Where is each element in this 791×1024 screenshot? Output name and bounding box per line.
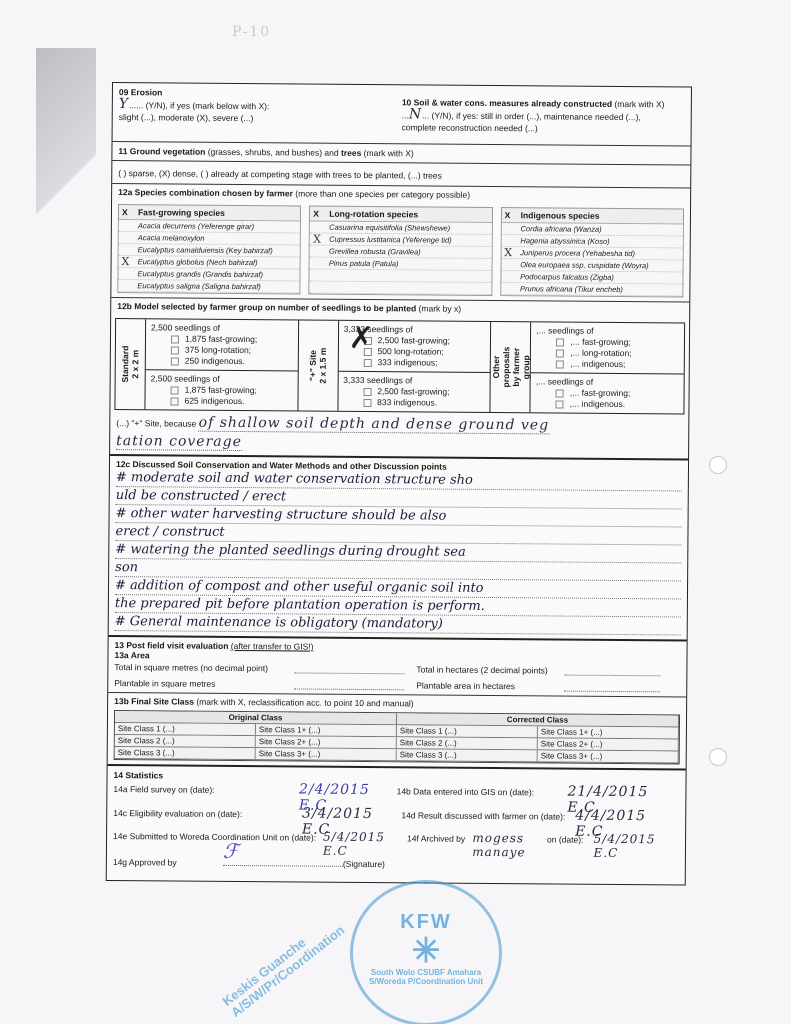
erosion-prompt: (Y/N), if yes (mark below with X): xyxy=(146,100,270,111)
species-mark[interactable] xyxy=(313,270,329,281)
swc-answer[interactable]: N xyxy=(409,106,422,122)
species-mark[interactable] xyxy=(313,258,329,269)
checkbox-icon[interactable] xyxy=(171,357,179,365)
species-note: (more than one species per category poss… xyxy=(295,188,470,199)
species-mark[interactable] xyxy=(313,282,329,293)
kfw-logo-text: KFW xyxy=(353,911,499,934)
checkbox-icon[interactable] xyxy=(556,400,564,408)
species-option[interactable]: Prunus africana (Tikur encheb) xyxy=(501,283,682,296)
checkbox-icon[interactable] xyxy=(171,386,179,394)
eligibility-label: 14c Eligibility evaluation on (date): xyxy=(113,808,302,819)
checkbox-icon[interactable] xyxy=(363,359,371,367)
checkbox-icon[interactable] xyxy=(363,399,371,407)
original-class-option[interactable]: Site Class 2+ (...) xyxy=(256,736,397,749)
corrected-class-option[interactable]: Site Class 1+ (...) xyxy=(538,726,679,739)
field-survey-label: 14a Field survey on (date): xyxy=(113,784,299,795)
approved-by-label: 14g Approved by xyxy=(113,857,223,868)
species-name: Eucalyptus saligna (Saligna bahirzaf) xyxy=(137,280,260,292)
model-option-other-b[interactable]: ,... seedlings of,... fast-growing;,... … xyxy=(531,373,684,413)
swc-prompt: (Y/N), if yes: still in order (...), mai… xyxy=(432,111,641,123)
ghost-mark: P-10 xyxy=(232,24,271,40)
species-name: Pinus patula (Patula) xyxy=(329,258,399,270)
species-mark[interactable]: X xyxy=(313,234,329,245)
discussion-lines[interactable]: # moderate soil and water conservation s… xyxy=(115,469,682,635)
species-name: Acacia melanoxylon xyxy=(138,232,205,244)
because-text-2: tation coverage xyxy=(116,433,242,451)
gis-entry-label: 14b Data entered into GIS on (date): xyxy=(397,786,568,797)
vegetation-trees: trees xyxy=(341,148,361,158)
corrected-class-option[interactable]: Site Class 2 (...) xyxy=(397,737,538,750)
species-name: Cupressus lustitanica (Yeferenge tid) xyxy=(329,234,452,246)
model-option-standard-b[interactable]: 2,500 seedlings of1,875 fast-growing;625… xyxy=(145,370,298,410)
archived-by-name[interactable]: mogess manaye xyxy=(472,831,547,860)
checkbox-icon[interactable] xyxy=(556,349,564,357)
corrected-class-option[interactable]: Site Class 3+ (...) xyxy=(538,750,679,763)
species-name: Cordia africana (Wanza) xyxy=(520,223,601,235)
species-name: Prunus africana (Tikur encheb) xyxy=(520,283,623,295)
discussion-line[interactable]: # General maintenance is obligatory (man… xyxy=(115,613,681,635)
species-column: XFast-growing speciesAcacia decurrens (Y… xyxy=(117,204,301,294)
discussion-section: 12c Discussed Soil Conservation and Wate… xyxy=(109,456,688,642)
signature-label: (Signature) xyxy=(343,859,385,869)
site-class-title: 13b Final Site Class xyxy=(114,696,194,707)
model-grid: Standard2 x 2 m 2,500 seedlings of1,875 … xyxy=(114,318,685,414)
model-title: 12b Model selected by farmer group on nu… xyxy=(117,301,416,313)
original-class-option[interactable]: Site Class 1 (...) xyxy=(115,723,256,736)
original-class-option[interactable]: Site Class 1+ (...) xyxy=(256,724,397,737)
checkbox-icon[interactable] xyxy=(556,338,564,346)
species-option[interactable]: Eucalyptus saligna (Saligna bahirzaf) xyxy=(118,280,299,293)
model-option-plus-b[interactable]: 3,333 seedlings of2,500 fast-growing;833… xyxy=(338,372,491,412)
swc-title: 10 Soil & water cons. measures already c… xyxy=(402,97,612,109)
species-option[interactable] xyxy=(310,282,491,295)
model-option-standard-a[interactable]: 2,500 seedlings of1,875 fast-growing;375… xyxy=(146,319,299,371)
vegetation-note: (grasses, shrubs, and bushes) and xyxy=(208,147,339,158)
species-mark[interactable] xyxy=(313,246,329,257)
archived-by-label: 14f Archived by xyxy=(407,833,472,844)
x-mark-icon: ✗ xyxy=(349,333,374,344)
total-sqm-label: Total in square metres (no decimal point… xyxy=(114,662,294,673)
punch-hole-icon xyxy=(709,748,727,766)
erosion-answer[interactable]: Y xyxy=(119,96,129,112)
statistics-section: 14 Statistics 14a Field survey on (date)… xyxy=(107,766,686,885)
species-mark[interactable] xyxy=(504,271,520,282)
species-name: Acacia decurrens (Yeferenge girar) xyxy=(138,220,254,232)
swc-title-note: (mark with X) xyxy=(614,99,664,109)
post-eval-note: (after transfer to GIS!) xyxy=(231,641,314,652)
seedling-line[interactable]: ,... indigenous; xyxy=(536,358,679,370)
because-label: (...) "+" Site, because xyxy=(116,418,196,429)
plantable-ha-label: Plantable area in hectares xyxy=(404,680,564,691)
plantable-sqm-field[interactable] xyxy=(294,679,404,690)
coordination-stamp: Keskis Guanche A/S/W/Pr/Coordination xyxy=(220,912,347,1020)
species-name: Eucalyptus grandis (Grandis bahirzaf) xyxy=(137,268,263,280)
checkbox-icon[interactable] xyxy=(556,389,564,397)
species-column-header: XIndigenous species xyxy=(502,208,683,224)
model-section: 12b Model selected by farmer group on nu… xyxy=(110,298,689,461)
seedling-line[interactable]: 250 indigenous. xyxy=(151,355,293,367)
archived-date[interactable]: 5/4/2015 E.C xyxy=(594,832,680,861)
species-name: Juniperus procera (Yehabesha tid) xyxy=(520,247,635,259)
species-name: Eucalyptus camalduiensis (Key bahirzaf) xyxy=(138,244,273,256)
species-mark[interactable] xyxy=(504,235,520,246)
species-table: XFast-growing speciesAcacia decurrens (Y… xyxy=(111,200,690,302)
corrected-class-option[interactable]: Site Class 2+ (...) xyxy=(538,738,679,751)
checkbox-icon[interactable] xyxy=(556,360,564,368)
site-class-table: Original ClassCorrected ClassSite Class … xyxy=(114,710,680,764)
result-discussed-label: 14d Result discussed with farmer on (dat… xyxy=(401,810,575,821)
species-mark[interactable] xyxy=(121,268,137,279)
species-name: Casuarina equisitifolia (Shewshewe) xyxy=(329,222,450,234)
species-mark[interactable] xyxy=(504,223,520,234)
species-mark[interactable] xyxy=(122,244,138,255)
checkbox-icon[interactable] xyxy=(171,346,179,354)
scanned-page: P-10 09 Erosion Y...... (Y/N), if yes (m… xyxy=(0,0,791,1024)
seedling-line[interactable]: 625 indigenous. xyxy=(150,395,292,407)
total-ha-field[interactable] xyxy=(564,666,660,677)
swc-prompt-2: complete reconstruction needed (...) xyxy=(402,121,685,135)
because-text: of shallow soil depth and dense ground v… xyxy=(199,415,550,435)
site-assessment-form: 09 Erosion Y...... (Y/N), if yes (mark b… xyxy=(106,82,692,886)
species-mark[interactable] xyxy=(122,232,138,243)
seedling-line[interactable]: 333 indigenous; xyxy=(343,357,485,369)
swc-section: 10 Soil & water cons. measures already c… xyxy=(402,88,685,142)
species-column: XLong-rotation speciesCasuarina equisiti… xyxy=(309,206,493,296)
species-name: Grevillea robusta (Gravilea) xyxy=(329,246,421,258)
corrected-class-option[interactable]: Site Class 1 (...) xyxy=(397,725,538,738)
standard-label: Standard2 x 2 m xyxy=(115,319,146,409)
signature-field[interactable]: ℱ xyxy=(223,853,343,867)
species-mark[interactable]: X xyxy=(122,256,138,267)
original-class-option[interactable]: Site Class 2 (...) xyxy=(115,735,256,748)
erosion-swc-row: 09 Erosion Y...... (Y/N), if yes (mark b… xyxy=(113,83,691,147)
erosion-section: 09 Erosion Y...... (Y/N), if yes (mark b… xyxy=(119,86,402,140)
plus-site-reason[interactable]: (...) "+" Site, because of shallow soil … xyxy=(110,410,688,461)
seedling-line[interactable]: 833 indigenous. xyxy=(343,397,485,409)
vegetation-options[interactable]: ( ) sparse, (X) dense, ( ) already at co… xyxy=(112,161,690,189)
erosion-levels[interactable]: slight (...), moderate (X), severe (...) xyxy=(119,111,402,125)
post-eval-section: 13 Post field visit evaluation (after tr… xyxy=(108,637,686,698)
vegetation-title: 11 Ground vegetation xyxy=(118,146,205,157)
punch-hole-icon xyxy=(709,456,727,474)
species-title: 12a Species combination chosen by farmer xyxy=(118,187,293,198)
species-column: XIndigenous speciesCordia africana (Wanz… xyxy=(500,207,684,297)
species-column-header: XLong-rotation species xyxy=(310,207,491,223)
species-name: Eucalyptus globolus (Nech bahirzaf) xyxy=(138,256,258,268)
total-sqm-field[interactable] xyxy=(294,663,404,674)
model-option-plus-a[interactable]: 3,333 seedlings of2,500 fast-growing;500… xyxy=(338,321,491,373)
model-note: (mark by x) xyxy=(419,303,462,313)
species-section: 12a Species combination chosen by farmer… xyxy=(111,184,690,303)
submitted-label: 14e Submitted to Woreda Coordination Uni… xyxy=(113,831,323,843)
other-proposals-label: Other proposals by farmer group xyxy=(491,322,532,412)
plantable-sqm-label: Plantable in square metres xyxy=(114,678,294,689)
plus-site-label: "+" Site2 x 1.5 m xyxy=(298,320,339,410)
species-name: Hagenia abyssinica (Koso) xyxy=(520,235,609,247)
scan-shadow xyxy=(36,48,96,288)
species-column-header: XFast-growing species xyxy=(119,205,300,221)
corrected-class-option[interactable]: Site Class 3 (...) xyxy=(397,749,538,762)
checkbox-icon[interactable] xyxy=(363,388,371,396)
species-mark[interactable] xyxy=(121,280,137,291)
archived-date-label: on (date): xyxy=(547,834,594,844)
species-mark[interactable] xyxy=(313,222,329,233)
site-class-note: (mark with X, reclassification acc. to p… xyxy=(196,697,413,709)
stamp-ring-text: South Wolo CSUBF Amahara S/Woreda P/Coor… xyxy=(353,968,499,986)
total-ha-label: Total in hectares (2 decimal points) xyxy=(404,664,564,675)
plantable-ha-field[interactable] xyxy=(564,682,660,693)
signature-scribble-icon: ℱ xyxy=(223,839,239,863)
model-option-other-a[interactable]: ,... seedlings of,... fast-growing;,... … xyxy=(531,322,684,374)
species-mark[interactable]: X xyxy=(504,247,520,258)
site-class-section: 13b Final Site Class (mark with X, recla… xyxy=(108,693,687,771)
vegetation-note-2: (mark with X) xyxy=(364,148,414,158)
kfw-round-stamp: KFW ✳ South Wolo CSUBF Amahara S/Woreda … xyxy=(350,880,502,1024)
species-mark[interactable] xyxy=(122,220,138,231)
species-name: Podocarpus falcatus (Zigba) xyxy=(520,271,614,283)
original-class-option[interactable]: Site Class 3 (...) xyxy=(115,747,256,760)
checkbox-icon[interactable] xyxy=(170,397,178,405)
area-grid: Total in square metres (no decimal point… xyxy=(108,660,686,697)
seedling-line[interactable]: ,... indigenous. xyxy=(536,398,679,410)
species-mark[interactable] xyxy=(504,283,520,294)
original-class-option[interactable]: Site Class 3+ (...) xyxy=(256,748,397,761)
species-mark[interactable] xyxy=(504,259,520,270)
checkbox-icon[interactable] xyxy=(171,335,179,343)
star-emblem-icon: ✳ xyxy=(353,934,499,968)
species-name: Olea europaea ssp. cuspidate (Woyra) xyxy=(520,259,648,271)
